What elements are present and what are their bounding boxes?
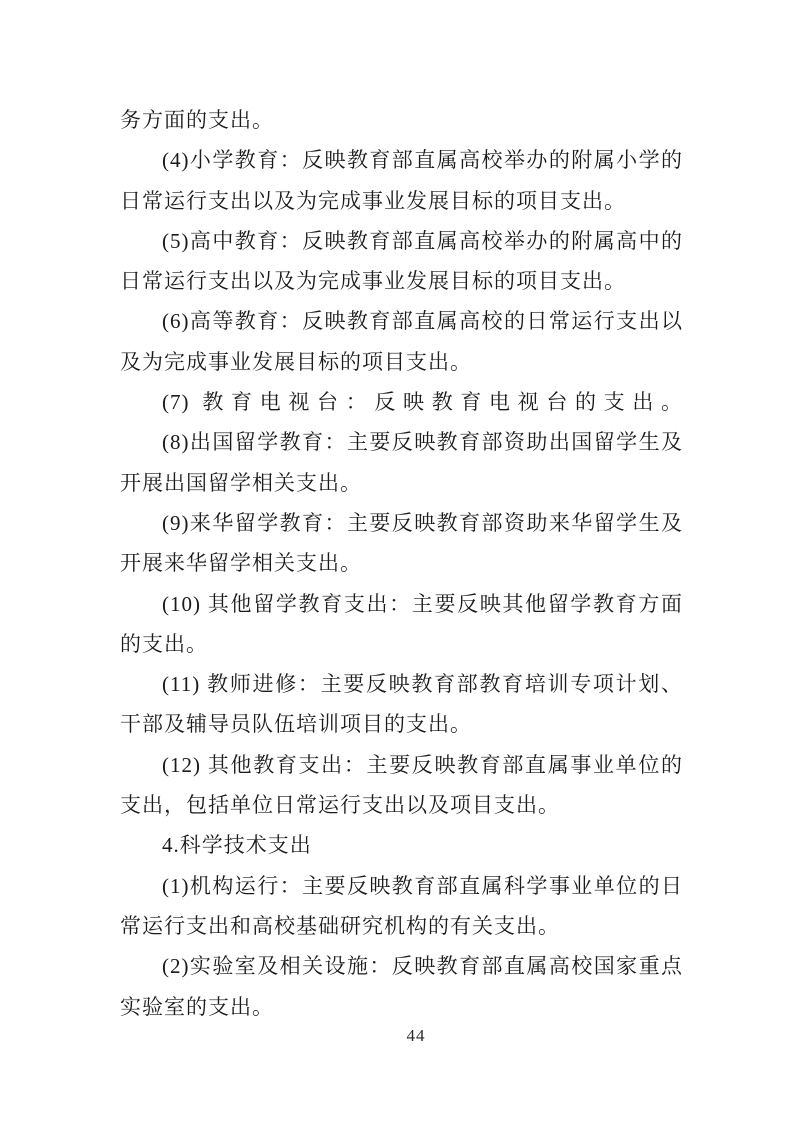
paragraph-item-12-other-education: (12) 其他教育支出：主要反映教育部直属事业单位的支出，包括单位日常运行支出以… — [120, 745, 683, 826]
page-footer: 44 — [33, 1026, 799, 1046]
paragraph-item-5-high-school-education: (5)高中教育：反映教育部直属高校举办的附属高中的日常运行支出以及为完成事业发展… — [120, 221, 683, 302]
page-number: 44 — [407, 1026, 426, 1045]
paragraph-heading-science-tech: 4.科学技术支出 — [120, 825, 683, 865]
document-page: 务方面的支出。 (4)小学教育：反映教育部直属高校举办的附属小学的日常运行支出以… — [0, 0, 800, 1131]
paragraph-item-9-study-in-china: (9)来华留学教育：主要反映教育部资助来华留学生及开展来华留学相关支出。 — [120, 503, 683, 584]
paragraph-item-1-institution-operation: (1)机构运行：主要反映教育部直属科学事业单位的日常运行支出和高校基础研究机构的… — [120, 866, 683, 947]
paragraph-item-10-other-study-abroad: (10) 其他留学教育支出：主要反映其他留学教育方面的支出。 — [120, 584, 683, 665]
paragraph-item-6-higher-education: (6)高等教育：反映教育部直属高校的日常运行支出以及为完成事业发展目标的项目支出… — [120, 301, 683, 382]
paragraph-item-2-laboratories: (2)实验室及相关设施：反映教育部直属高校国家重点实验室的支出。 — [120, 946, 683, 1027]
paragraph-item-7-education-tv: (7) 教育电视台：反映教育电视台的支出。 — [120, 382, 683, 422]
paragraph-item-8-study-abroad: (8)出国留学教育：主要反映教育部资助出国留学生及开展出国留学相关支出。 — [120, 422, 683, 503]
paragraph-continuation: 务方面的支出。 — [120, 100, 683, 140]
document-body: 务方面的支出。 (4)小学教育：反映教育部直属高校举办的附属小学的日常运行支出以… — [120, 100, 683, 1027]
paragraph-item-4-primary-education: (4)小学教育：反映教育部直属高校举办的附属小学的日常运行支出以及为完成事业发展… — [120, 140, 683, 221]
paragraph-item-11-teacher-training: (11) 教师进修：主要反映教育部教育培训专项计划、干部及辅导员队伍培训项目的支… — [120, 664, 683, 745]
